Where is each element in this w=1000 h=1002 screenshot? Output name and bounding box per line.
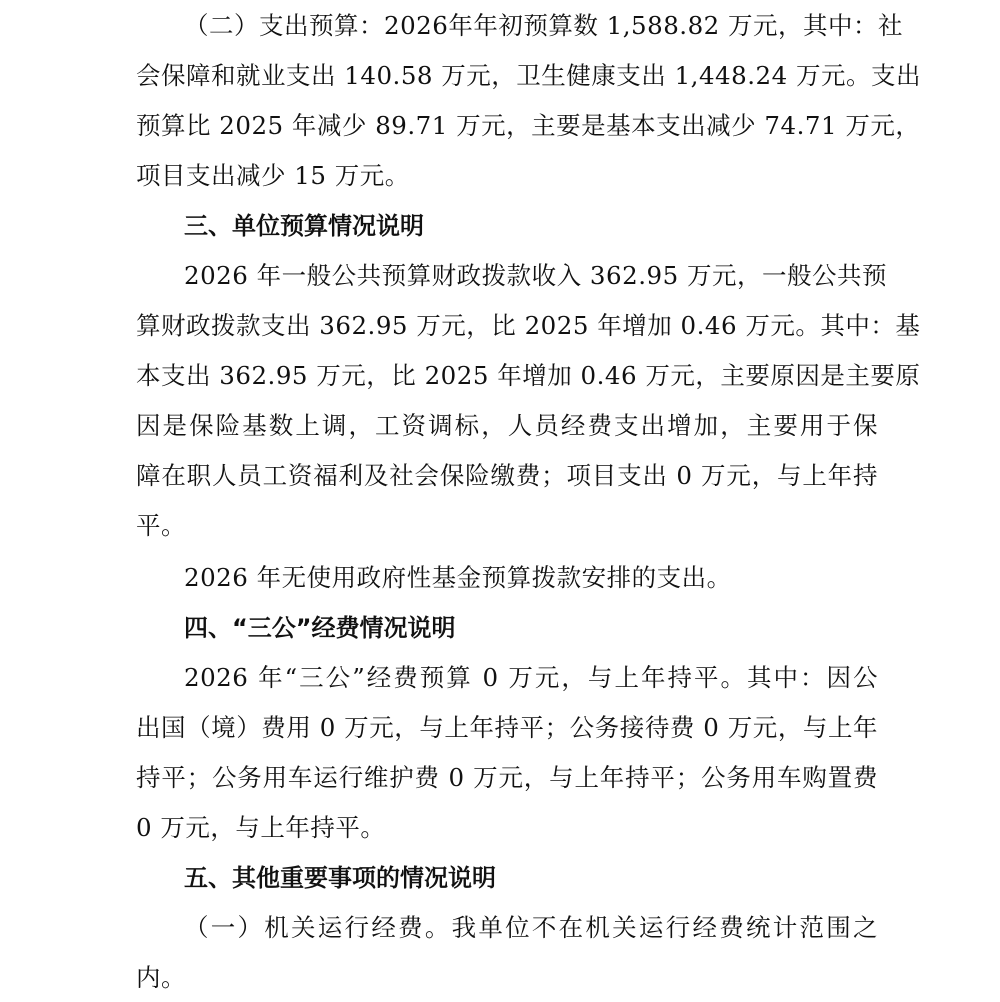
section-heading-other-matters: 五、其他重要事项的情况说明	[184, 853, 496, 903]
paragraph-unit-budget-line-6: 平。	[136, 501, 186, 551]
paragraph-unit-budget-line-2: 算财政拨款支出 362.95 万元，比 2025 年增加 0.46 万元。其中：…	[136, 301, 878, 351]
paragraph-three-public-line-1: 2026 年“三公”经费预算 0 万元，与上年持平。其中：因公	[184, 653, 878, 703]
paragraph-unit-budget-line-1: 2026 年一般公共预算财政拨款收入 362.95 万元，一般公共预	[184, 251, 878, 301]
paragraph-unit-budget-line-3: 本支出 362.95 万元，比 2025 年增加 0.46 万元，主要原因是主要…	[136, 351, 878, 401]
paragraph-expenditure-budget-line-3: 预算比 2025 年减少 89.71 万元，主要是基本支出减少 74.71 万元…	[136, 101, 878, 151]
paragraph-three-public-line-2: 出国（境）费用 0 万元，与上年持平；公务接待费 0 万元，与上年	[136, 703, 878, 753]
paragraph-three-public-line-3: 持平；公务用车运行维护费 0 万元，与上年持平；公务用车购置费	[136, 753, 878, 803]
paragraph-expenditure-budget-line-2: 会保障和就业支出 140.58 万元，卫生健康支出 1,448.24 万元。支出	[136, 51, 878, 101]
section-heading-three-public: 四、“三公”经费情况说明	[184, 603, 456, 653]
paragraph-expenditure-budget-line-4: 项目支出减少 15 万元。	[136, 151, 410, 201]
paragraph-expenditure-budget-line-1: （二）支出预算：2026年年初预算数 1,588.82 万元，其中：社	[184, 1, 878, 51]
paragraph-unit-budget-line-4: 因是保险基数上调，工资调标，人员经费支出增加，主要用于保	[136, 401, 878, 451]
section-heading-unit-budget: 三、单位预算情况说明	[184, 201, 424, 251]
paragraph-unit-budget-line-5: 障在职人员工资福利及社会保险缴费；项目支出 0 万元，与上年持	[136, 451, 878, 501]
paragraph-gov-fund-note: 2026 年无使用政府性基金预算拨款安排的支出。	[184, 553, 732, 603]
paragraph-three-public-line-4: 0 万元，与上年持平。	[136, 803, 385, 853]
paragraph-operating-expenses-line-1: （一）机关运行经费。我单位不在机关运行经费统计范围之	[184, 903, 878, 953]
paragraph-operating-expenses-line-2: 内。	[136, 953, 186, 1002]
